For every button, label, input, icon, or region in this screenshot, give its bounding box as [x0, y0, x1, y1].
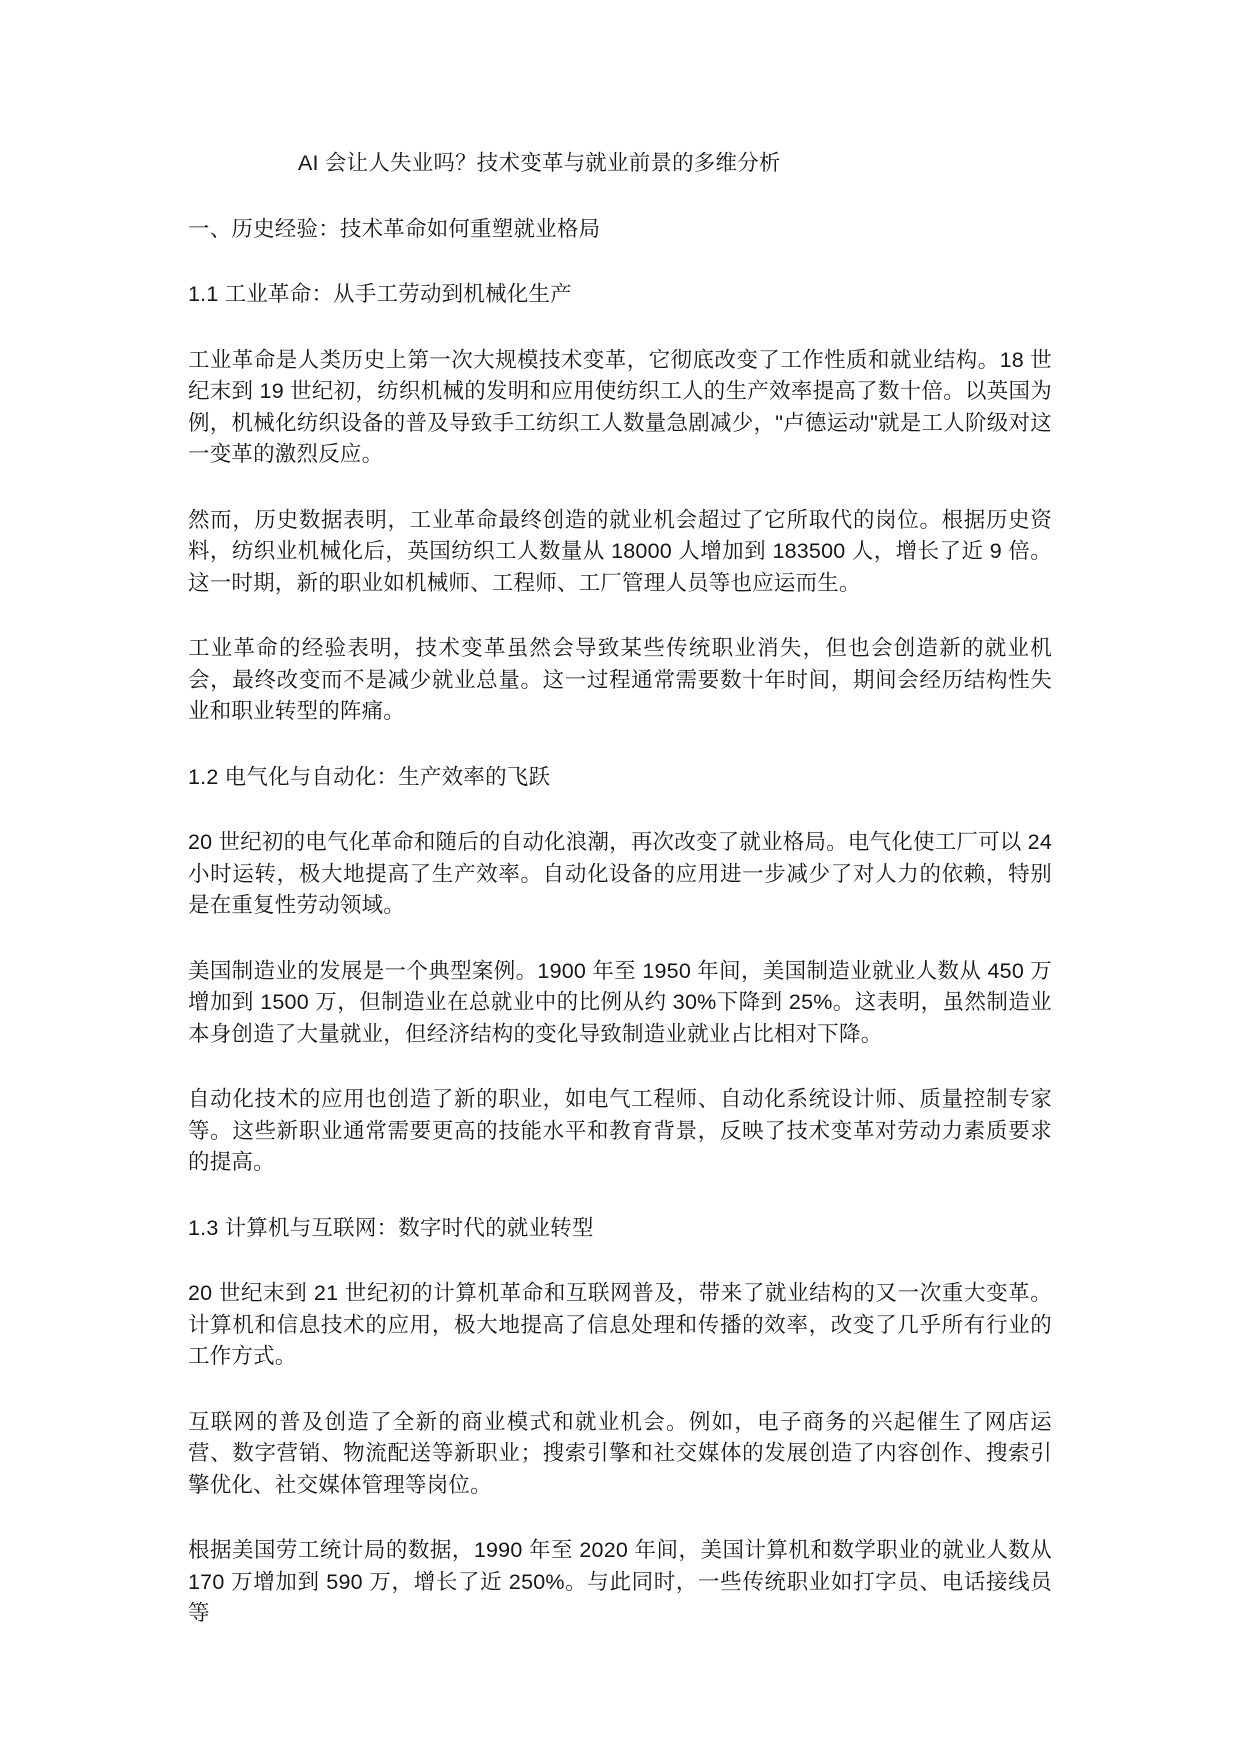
paragraph-electrification-1: 20 世纪初的电气化革命和随后的自动化浪潮，再次改变了就业格局。电气化使工厂可以… [188, 827, 1052, 922]
section-heading-1-2: 1.2 电气化与自动化：生产效率的飞跃 [188, 762, 1052, 794]
paragraph-industrial-revolution-2: 然而，历史数据表明，工业革命最终创造的就业机会超过了它所取代的岗位。根据历史资料… [188, 505, 1052, 600]
paragraph-electrification-2: 美国制造业的发展是一个典型案例。1900 年至 1950 年间，美国制造业就业人… [188, 956, 1052, 1051]
section-heading-1-3: 1.3 计算机与互联网：数字时代的就业转型 [188, 1213, 1052, 1245]
section-heading-1-1: 1.1 工业革命：从手工劳动到机械化生产 [188, 279, 1052, 311]
paragraph-computer-internet-1: 20 世纪末到 21 世纪初的计算机革命和互联网普及，带来了就业结构的又一次重大… [188, 1278, 1052, 1373]
paragraph-electrification-3: 自动化技术的应用也创造了新的职业，如电气工程师、自动化系统设计师、质量控制专家等… [188, 1084, 1052, 1179]
paragraph-computer-internet-2: 互联网的普及创造了全新的商业模式和就业机会。例如，电子商务的兴起催生了网店运营、… [188, 1407, 1052, 1502]
paragraph-industrial-revolution-1: 工业革命是人类历史上第一次大规模技术变革，它彻底改变了工作性质和就业结构。18 … [188, 345, 1052, 471]
paragraph-industrial-revolution-3: 工业革命的经验表明，技术变革虽然会导致某些传统职业消失，但也会创造新的就业机会，… [188, 633, 1052, 728]
paragraph-computer-internet-3: 根据美国劳工统计局的数据，1990 年至 2020 年间，美国计算机和数学职业的… [188, 1535, 1052, 1630]
document-page: AI 会让人失业吗？技术变革与就业前景的多维分析 一、历史经验：技术革命如何重塑… [0, 0, 1240, 1752]
chapter-heading: 一、历史经验：技术革命如何重塑就业格局 [188, 214, 1052, 246]
document-title: AI 会让人失业吗？技术变革与就业前景的多维分析 [188, 148, 1052, 180]
